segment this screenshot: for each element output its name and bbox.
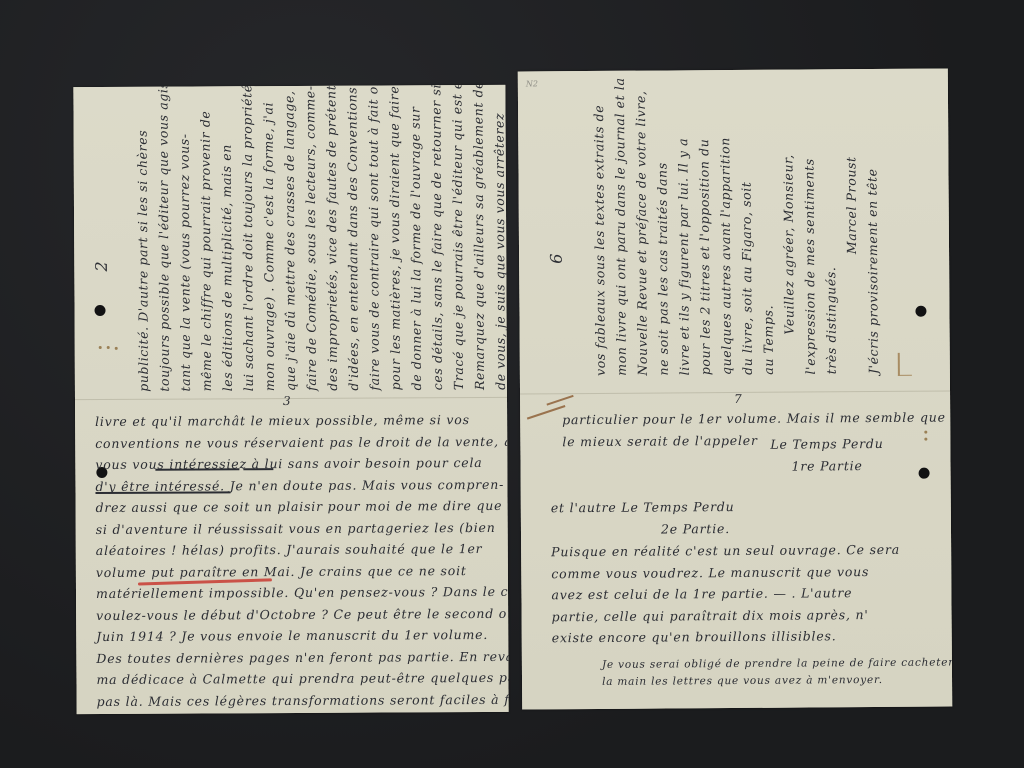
page-number: 2 [92, 261, 111, 271]
text-line: existe encore qu'en brouillons illisible… [552, 625, 901, 649]
signature: Marcel Proust [840, 84, 863, 374]
text-line: de donner à lui la forme de l'ouvrage su… [404, 90, 427, 390]
text-line: voulez-vous le début d'Octobre ? Ce peut… [96, 602, 509, 626]
title-block-1: Le Temps Perdu 1re Partie [770, 433, 883, 477]
letter-sheet-left: 2 publicité. D'autre part si les si chèr… [73, 85, 508, 714]
text-line: des improprietés, vice des fautes de pré… [320, 91, 343, 391]
text-line: très distingués. [819, 84, 842, 374]
text-line: tant que la vente (vous pourrez vous- [173, 92, 196, 392]
text-line: J'écris provisoirement en tête [861, 84, 884, 374]
text-line: aléatoires ! hélas) profits. J'aurais so… [96, 537, 509, 561]
text-line: l'expression de mes sentiments [798, 84, 821, 374]
book-part: 2e Partie. [551, 518, 735, 541]
text-line: pour les matières, je vous diraient que … [383, 90, 406, 390]
text-line: pour les 2 titres et l'opposition du [693, 85, 716, 375]
brown-bracket-mark [898, 353, 912, 376]
book-title: Le Temps Perdu [770, 433, 883, 455]
text-line: ne soit pas les cas traités dans [651, 85, 674, 375]
archive-note: N2 [526, 79, 538, 88]
ink-stain [107, 346, 110, 349]
text-line: vous vous intéressiez à lui sans avoir b… [95, 451, 508, 475]
text-line: livre et qu'il marchât le mieux possible… [95, 408, 509, 432]
text-line: faire de Comédie, sous les lecteurs, com… [299, 91, 322, 391]
text-line: le mieux serait de l'appeler [562, 428, 946, 452]
text-line: toujours possible que l'éditeur que vous… [152, 92, 175, 392]
text-line: que j'aie dû mettre des crasses de langa… [278, 91, 301, 391]
ink-stain [115, 347, 118, 350]
text-line: même le chiffre qui pourrait provenir de [194, 91, 217, 391]
text-line: conventions ne vous réservaient pas le d… [95, 430, 508, 454]
text-line: au Temps. [756, 85, 779, 375]
text-line: pas là. Mais ces légères transformations… [97, 688, 509, 712]
text-line: drez aussi que ce soit un plaisir pour m… [96, 494, 509, 518]
ink-underline [243, 468, 273, 470]
book-part: 1re Partie [770, 454, 883, 476]
text-line: si d'aventure il réussissait vous en par… [96, 516, 509, 540]
text-line: Je vous serai obligé de prendre la peine… [602, 654, 952, 674]
brown-pencil-mark [527, 405, 566, 420]
text-line: Tracé que je pourrais être l'éditeur qui… [446, 90, 469, 390]
text-line: Juin 1914 ? Je vous envoie le manuscrit … [96, 623, 508, 647]
text-line: Des toutes dernières pages n'en feront p… [96, 645, 508, 669]
text-line: vos fableaux sous les textes extraits de [588, 86, 611, 376]
page-number: 3 [283, 394, 291, 408]
title-block-2: et l'autre Le Temps Perdu 2e Partie. [551, 496, 735, 540]
postscript-block: Je vous serai obligé de prendre la peine… [602, 654, 952, 691]
upright-text-block: livre et qu'il marchât le mieux possible… [95, 408, 509, 714]
text-line: mon ouvrage) . Comme c'est la forme, j'a… [257, 91, 280, 391]
punch-hole [915, 306, 926, 317]
text-line: volume put paraître en Mai. Je crains qu… [96, 559, 509, 583]
punch-hole [919, 468, 930, 479]
text-line: ma dédicace à Calmette qui prendra peut-… [96, 666, 508, 690]
text-line: quelques autres avant l'apparition [714, 85, 737, 375]
text-line: lui sachant l'ordre doit toujours la pro… [236, 91, 259, 391]
text-line: les éditions de multiplicité, mais en [215, 91, 238, 391]
text-line: publicité. D'autre part si les si chères [131, 92, 154, 392]
text-line: la main les lettres que vous avez à m'en… [602, 671, 952, 691]
text-line: Nouvelle Revue et préface de votre livre… [630, 86, 653, 376]
text-line: avez est celui de la 1re partie. — . L'a… [551, 582, 900, 606]
page-number: 7 [734, 392, 742, 406]
upright-text-block: Puisque en réalité c'est un seul ouvrage… [551, 539, 901, 649]
text-line: livre et ils y figurent par lui. Il y a [672, 85, 695, 375]
rotated-text-block: vos fableaux sous les textes extraits de… [588, 84, 884, 376]
page-number: 6 [547, 254, 566, 264]
text-line: d'y être intéressé. Je n'en doute pas. M… [95, 473, 508, 497]
text-line: partie, celle qui paraîtrait dix mois ap… [552, 603, 901, 627]
text-line: du livre, soit au Figaro, soit [735, 85, 758, 375]
ink-stain [99, 346, 102, 349]
text-line: mon livre qui ont paru dans le journal e… [609, 86, 632, 376]
text-line: d'idées, en entendant dans des Conventio… [341, 91, 364, 391]
text-line: ces détails, sans le faire que de retour… [425, 90, 448, 390]
text-line: de vous, je suis que vous vous arrêterez [488, 90, 508, 390]
text-line: particulier pour le 1er volume. Mais il … [562, 407, 946, 431]
text-line: Veuillez agréer, Monsieur, [777, 85, 800, 375]
text-line: comme vous voudrez. Le manuscrit que vou… [551, 560, 900, 584]
upright-text-block: particulier pour le 1er volume. Mais il … [562, 407, 946, 453]
brown-pencil-mark [546, 395, 573, 406]
rotated-text-block: publicité. D'autre part si les si chères… [131, 90, 508, 392]
text-line: Puisque en réalité c'est un seul ouvrage… [551, 539, 900, 563]
text-line: faire vous de contraire qui sont tout à … [362, 91, 385, 391]
text-line: et l'autre Le Temps Perdu [551, 496, 735, 519]
punch-hole [95, 305, 106, 316]
letter-sheet-right: N2 6 vos fableaux sous les textes extrai… [518, 69, 952, 710]
text-line: Remarquez que d'ailleurs sa gréablement … [467, 90, 490, 390]
